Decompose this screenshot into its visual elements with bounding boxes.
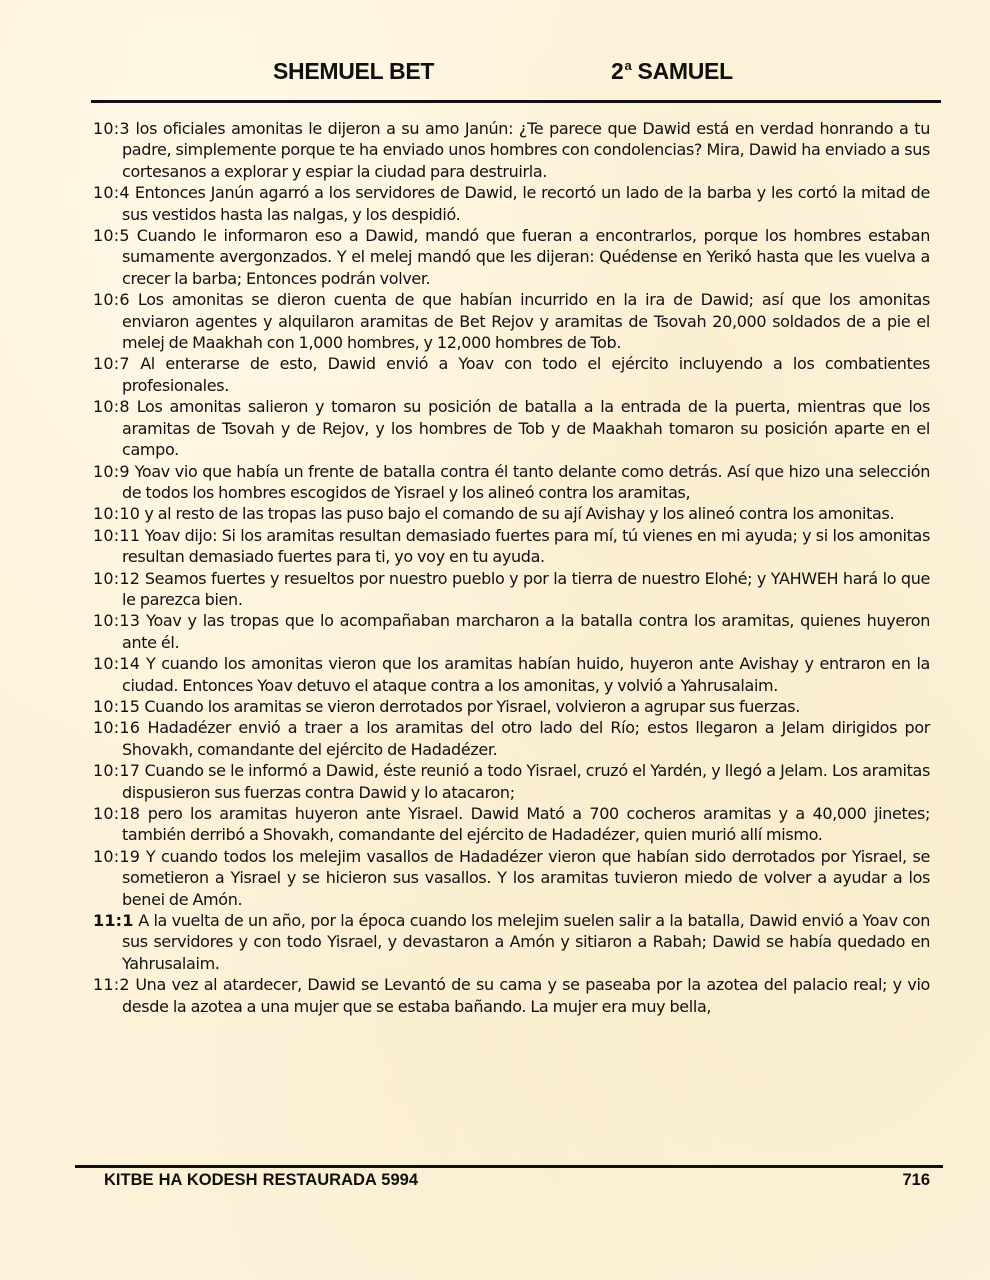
verse-text: Cuando le informaron eso a Dawid, mandó … bbox=[122, 226, 930, 288]
verse: 10:19 Y cuando todos los melejim vasallo… bbox=[93, 846, 930, 910]
verse-ref: 10:6 bbox=[93, 290, 130, 309]
verse: 10:18 pero los aramitas huyeron ante Yis… bbox=[93, 803, 930, 846]
verse-text: Los amonitas salieron y tomaron su posic… bbox=[122, 397, 930, 459]
verse-ref: 10:19 bbox=[93, 847, 140, 866]
verse: 10:15 Cuando los aramitas se vieron derr… bbox=[93, 696, 930, 717]
chapter-start-verse: 11:1 A la vuelta de un año, por la época… bbox=[93, 910, 930, 974]
verse-ref: 10:4 bbox=[93, 183, 130, 202]
verse-ref-chapter: 11:1 bbox=[93, 911, 134, 930]
verse: 10:7 Al enterarse de esto, Dawid envió a… bbox=[93, 353, 930, 396]
verse-ref: 10:8 bbox=[93, 397, 130, 416]
verse-ref: 10:9 bbox=[93, 462, 130, 481]
verse: 10:14 Y cuando los amonitas vieron que l… bbox=[93, 653, 930, 696]
verse-text: Yoav dijo: Si los aramitas resultan dema… bbox=[122, 526, 930, 566]
verse-ref: 10:18 bbox=[93, 804, 140, 823]
verse-text: Una vez al atardecer, Dawid se Levantó d… bbox=[122, 975, 930, 1015]
verse-text: Entonces Janún agarró a los servidores d… bbox=[122, 183, 930, 223]
ordinal-superscript: a bbox=[625, 58, 632, 73]
verse-text: Seamos fuertes y resueltos por nuestro p… bbox=[122, 569, 930, 609]
verse-ref: 10:16 bbox=[93, 718, 140, 737]
footer-title: KITBE HA KODESH RESTAURADA 5994 bbox=[104, 1171, 418, 1190]
verse-ref: 10:10 bbox=[93, 504, 140, 523]
verse-ref: 10:11 bbox=[93, 526, 140, 545]
footer-divider bbox=[75, 1165, 943, 1168]
verse-text: Y cuando los amonitas vieron que los ara… bbox=[122, 654, 930, 694]
verse-ref: 11:2 bbox=[93, 975, 130, 994]
verse: 10:12 Seamos fuertes y resueltos por nue… bbox=[93, 568, 930, 611]
verse: 10:16 Hadadézer envió a traer a los aram… bbox=[93, 717, 930, 760]
verse-text: Yoav vio que había un frente de batalla … bbox=[122, 462, 930, 502]
page-footer: KITBE HA KODESH RESTAURADA 5994 716 bbox=[0, 1171, 990, 1195]
verse-list: 10:3 los oficiales amonitas le dijeron a… bbox=[93, 118, 930, 1017]
verse-text: Cuando los aramitas se vieron derrotados… bbox=[144, 697, 800, 716]
book-name: SAMUEL bbox=[638, 58, 733, 84]
verse-ref: 10:17 bbox=[93, 761, 140, 780]
verse-text: los oficiales amonitas le dijeron a su a… bbox=[122, 119, 930, 181]
verse: 10:10 y al resto de las tropas las puso … bbox=[93, 503, 930, 524]
verse-text: A la vuelta de un año, por la época cuan… bbox=[122, 911, 930, 973]
page-header: SHEMUEL BET 2a SAMUEL bbox=[0, 58, 990, 92]
page-number: 716 bbox=[902, 1171, 930, 1190]
verse: 11:2 Una vez al atardecer, Dawid se Leva… bbox=[93, 974, 930, 1017]
verse: 10:4 Entonces Janún agarró a los servido… bbox=[93, 182, 930, 225]
header-divider bbox=[91, 100, 941, 103]
verse: 10:9 Yoav vio que había un frente de bat… bbox=[93, 461, 930, 504]
verse-text: Al enterarse de esto, Dawid envió a Yoav… bbox=[122, 354, 930, 394]
verse: 10:8 Los amonitas salieron y tomaron su … bbox=[93, 396, 930, 460]
verse: 10:17 Cuando se le informó a Dawid, éste… bbox=[93, 760, 930, 803]
verse: 10:5 Cuando le informaron eso a Dawid, m… bbox=[93, 225, 930, 289]
book-title-hebrew: SHEMUEL BET bbox=[273, 58, 434, 85]
verse-ref: 10:5 bbox=[93, 226, 130, 245]
verse: 10:6 Los amonitas se dieron cuenta de qu… bbox=[93, 289, 930, 353]
verse-ref: 10:12 bbox=[93, 569, 140, 588]
verse-text: Yoav y las tropas que lo acompañaban mar… bbox=[122, 611, 930, 651]
book-number: 2 bbox=[611, 58, 624, 84]
verse-text: Hadadézer envió a traer a los aramitas d… bbox=[122, 718, 930, 758]
verse: 10:3 los oficiales amonitas le dijeron a… bbox=[93, 118, 930, 182]
verse-ref: 10:7 bbox=[93, 354, 130, 373]
verse-text: Cuando se le informó a Dawid, éste reuni… bbox=[122, 761, 930, 801]
book-title-spanish: 2a SAMUEL bbox=[611, 58, 733, 85]
verse-text: Y cuando todos los melejim vasallos de H… bbox=[122, 847, 930, 909]
verse: 10:13 Yoav y las tropas que lo acompañab… bbox=[93, 610, 930, 653]
verse-text: Los amonitas se dieron cuenta de que hab… bbox=[122, 290, 930, 352]
verse-ref: 10:3 bbox=[93, 119, 130, 138]
verse-ref: 10:15 bbox=[93, 697, 140, 716]
verse-text: y al resto de las tropas las puso bajo e… bbox=[144, 504, 894, 523]
verse-ref: 10:13 bbox=[93, 611, 140, 630]
verse-text: pero los aramitas huyeron ante Yisrael. … bbox=[122, 804, 930, 844]
verse-ref: 10:14 bbox=[93, 654, 140, 673]
verse: 10:11 Yoav dijo: Si los aramitas resulta… bbox=[93, 525, 930, 568]
